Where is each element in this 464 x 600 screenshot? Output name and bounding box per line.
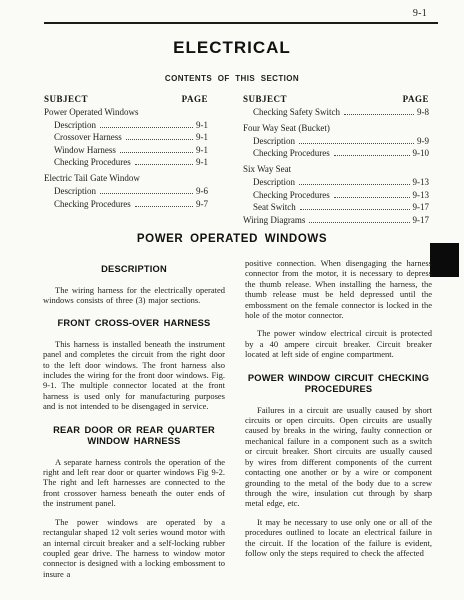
manual-page: 9-1 ELECTRICAL CONTENTS OF THIS SECTION …: [0, 0, 464, 600]
section-title: POWER OPERATED WINDOWS: [0, 233, 464, 245]
body-heading: POWER WINDOW CIRCUIT CHECKING PROCEDURES: [245, 373, 432, 396]
subject-header: SUBJECT: [44, 94, 88, 107]
toc-label: Description: [253, 177, 295, 187]
toc-page-number: 9-13: [413, 177, 430, 187]
toc-label: Power Operated Windows: [44, 107, 138, 117]
contents-column: SUBJECT PAGE Checking Safety Switch9-8Fo…: [243, 94, 429, 227]
page-number: 9-1: [398, 8, 442, 19]
toc-label: Checking Procedures: [253, 148, 330, 158]
toc-leader: [120, 152, 193, 153]
body-heading: DESCRIPTION: [43, 264, 225, 276]
toc-row: Description9-6: [44, 186, 208, 199]
toc-row: Crossover Harness9-1: [44, 132, 208, 145]
toc-leader: [299, 184, 410, 185]
toc-row: Seat Switch9-17: [243, 202, 429, 215]
toc-page-number: 9-13: [413, 190, 430, 200]
contents-column-header: SUBJECT PAGE: [44, 94, 208, 107]
toc-leader: [309, 222, 409, 223]
body-paragraph: positive connection. When disengaging th…: [245, 258, 432, 320]
body-paragraph: The power windows are operated by a rect…: [43, 517, 225, 579]
toc-page-number: 9-17: [413, 202, 430, 212]
toc-row: Wiring Diagrams9-17: [243, 215, 429, 228]
body-paragraph: It may be necessary to use only one or a…: [245, 517, 432, 559]
toc-row: Description9-9: [243, 136, 429, 149]
toc-page-number: 9-9: [417, 136, 429, 146]
body-column-left: DESCRIPTIONThe wiring harness for the el…: [43, 258, 225, 587]
toc-leader: [135, 164, 193, 165]
toc-leader: [126, 139, 193, 140]
toc-leader: [299, 143, 414, 144]
body-heading: REAR DOOR OR REAR QUARTER WINDOW HARNESS: [43, 425, 225, 448]
toc-page-number: 9-1: [196, 132, 208, 142]
toc-row: Electric Tail Gate Window: [44, 173, 208, 186]
toc-label: Checking Safety Switch: [253, 107, 340, 117]
toc-label: Description: [253, 136, 295, 146]
contents-columns: SUBJECT PAGE Power Operated WindowsDescr…: [44, 94, 432, 227]
toc-label: Description: [54, 186, 96, 196]
thumb-index-tab: [430, 243, 459, 277]
toc-row: Checking Procedures9-10: [243, 148, 429, 161]
toc-row: Description9-13: [243, 177, 429, 190]
page-header: PAGE: [403, 94, 429, 107]
toc-label: Description: [54, 120, 96, 130]
body-columns: DESCRIPTIONThe wiring harness for the el…: [43, 258, 432, 587]
toc-row: Checking Safety Switch9-8: [243, 107, 429, 120]
toc-label: Wiring Diagrams: [243, 215, 305, 225]
body-paragraph: A separate harness controls the operatio…: [43, 457, 225, 509]
toc-row: Checking Procedures9-13: [243, 190, 429, 203]
toc-leader: [334, 197, 410, 198]
body-paragraph: Failures in a circuit are usually caused…: [245, 405, 432, 509]
toc-label: Electric Tail Gate Window: [44, 173, 140, 183]
body-column-right: positive connection. When disengaging th…: [245, 258, 432, 587]
toc-leader: [344, 114, 414, 115]
toc-page-number: 9-1: [196, 120, 208, 130]
toc-leader: [135, 206, 193, 207]
body-heading: FRONT CROSS-OVER HARNESS: [43, 318, 225, 330]
header-rule: [44, 22, 438, 24]
toc-label: Six Way Seat: [243, 164, 291, 174]
toc-rows: Checking Safety Switch9-8Four Way Seat (…: [243, 107, 429, 227]
contents-column-header: SUBJECT PAGE: [243, 94, 429, 107]
page-title: ELECTRICAL: [0, 38, 464, 58]
toc-label: Seat Switch: [253, 202, 296, 212]
toc-leader: [334, 155, 410, 156]
body-paragraph: The power window electrical circuit is p…: [245, 328, 432, 359]
toc-label: Checking Procedures: [54, 199, 131, 209]
toc-label: Window Harness: [54, 145, 116, 155]
toc-row: Window Harness9-1: [44, 145, 208, 158]
toc-row: Checking Procedures9-1: [44, 157, 208, 170]
toc-page-number: 9-7: [196, 199, 208, 209]
toc-row: Six Way Seat: [243, 164, 429, 177]
toc-page-number: 9-8: [417, 107, 429, 117]
toc-label: Checking Procedures: [253, 190, 330, 200]
toc-page-number: 9-1: [196, 145, 208, 155]
toc-label: Checking Procedures: [54, 157, 131, 167]
page-header: PAGE: [182, 94, 208, 107]
contents-heading: CONTENTS OF THIS SECTION: [0, 74, 464, 83]
contents-column: SUBJECT PAGE Power Operated WindowsDescr…: [44, 94, 208, 227]
toc-label: Crossover Harness: [54, 132, 122, 142]
toc-row: Power Operated Windows: [44, 107, 208, 120]
toc-leader: [300, 209, 410, 210]
toc-leader: [100, 127, 193, 128]
toc-row: Four Way Seat (Bucket): [243, 123, 429, 136]
toc-page-number: 9-6: [196, 186, 208, 196]
body-paragraph: The wiring harness for the electrically …: [43, 285, 225, 306]
body-paragraph: This harness is installed beneath the in…: [43, 339, 225, 412]
toc-row: Checking Procedures9-7: [44, 199, 208, 212]
toc-label: Four Way Seat (Bucket): [243, 123, 330, 133]
toc-page-number: 9-10: [413, 148, 430, 158]
subject-header: SUBJECT: [243, 94, 287, 107]
toc-row: Description9-1: [44, 120, 208, 133]
toc-rows: Power Operated WindowsDescription9-1Cros…: [44, 107, 208, 211]
toc-page-number: 9-17: [413, 215, 430, 225]
toc-leader: [100, 193, 193, 194]
toc-page-number: 9-1: [196, 157, 208, 167]
